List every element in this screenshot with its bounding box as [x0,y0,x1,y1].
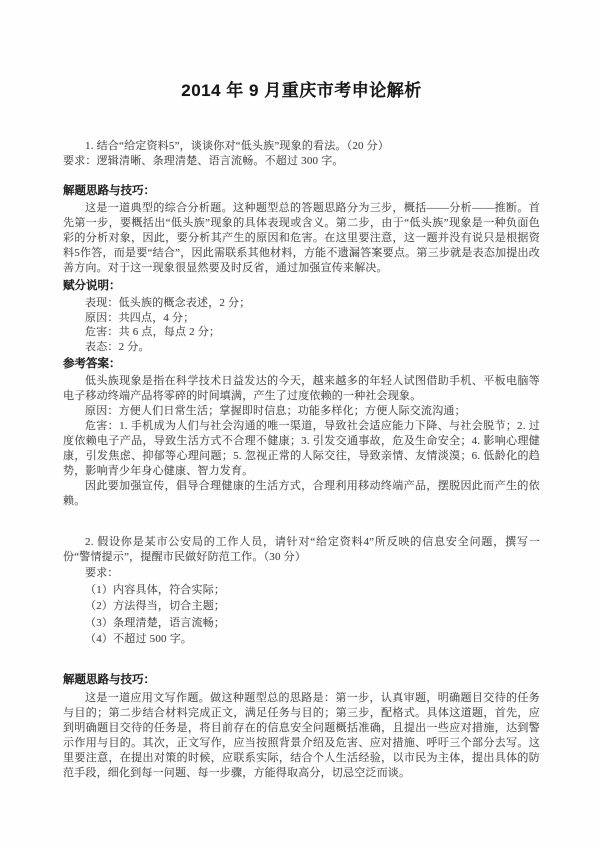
question-2-requirements-label: 要求： [63,565,540,582]
requirement-item-4: （4）不超过 500 字。 [63,631,540,648]
answer-reasons-line: 原因：方便人们日常生活；掌握即时信息；功能多样化；方便人际交流沟通； [63,404,540,419]
requirement-item-2: （2）方法得当，切合主题； [63,598,540,615]
heading-reference-answer: 参考答案： [63,356,540,372]
question-1-text: 1. 结合“给定资料5”，谈谈你对“低头族”现象的看法。（20 分） [63,139,540,154]
answer-definition-paragraph: 低头族现象是指在科学技术日益发达的今天，越来越多的年轻人试图借助手机、平板电脑等… [63,374,540,404]
analysis-paragraph-2: 这是一道应用文写作题。做这种题型总的思路是：第一步，认真审题，明确题目交待的任务… [63,691,540,781]
answer-conclusion-paragraph: 因此要加强宣传，倡导合理健康的生活方式，合理利用移动终端产品，摆脱因此而产生的依… [63,479,540,509]
requirement-item-3: （3）条理清楚，语言流畅； [63,615,540,632]
question-1-requirements: 要求：逻辑清晰、条理清楚、语言流畅。不超过 300 字。 [63,154,540,169]
scoring-line-attitude: 表态：2 分。 [63,340,540,355]
heading-solution-tips-2: 解题思路与技巧： [63,672,540,688]
heading-solution-tips-1: 解题思路与技巧： [63,183,540,199]
scoring-line-expression: 表现：低头族的概念表述，2 分； [63,296,540,311]
question-1-block: 1. 结合“给定资料5”，谈谈你对“低头族”现象的看法。（20 分） 要求：逻辑… [63,139,540,169]
scanned-document-page: 2014 年 9 月重庆市考申论解析 1. 结合“给定资料5”，谈谈你对“低头族… [0,0,600,848]
question-2-block: 2. 假设你是某市公安局的工作人员，请针对“给定资料4”所反映的信息安全问题，撰… [63,535,540,648]
question-2-text: 2. 假设你是某市公安局的工作人员，请针对“给定资料4”所反映的信息安全问题，撰… [63,535,540,565]
page-title: 2014 年 9 月重庆市考申论解析 [63,76,540,101]
heading-scoring: 赋分说明： [63,278,540,294]
answer-harms-paragraph: 危害：1. 手机成为人们与社会沟通的唯一渠道，导致社会适应能力下降、与社会脱节；… [63,419,540,479]
scoring-line-harm: 危害：共 6 点，每点 2 分； [63,325,540,340]
requirement-item-1: （1）内容具体，符合实际； [63,582,540,599]
scoring-line-reason: 原因：共四点，4 分； [63,311,540,326]
analysis-paragraph-1: 这是一道典型的综合分析题。这种题型总的答题思路分为三步，概括——分析——推断。首… [63,201,540,276]
